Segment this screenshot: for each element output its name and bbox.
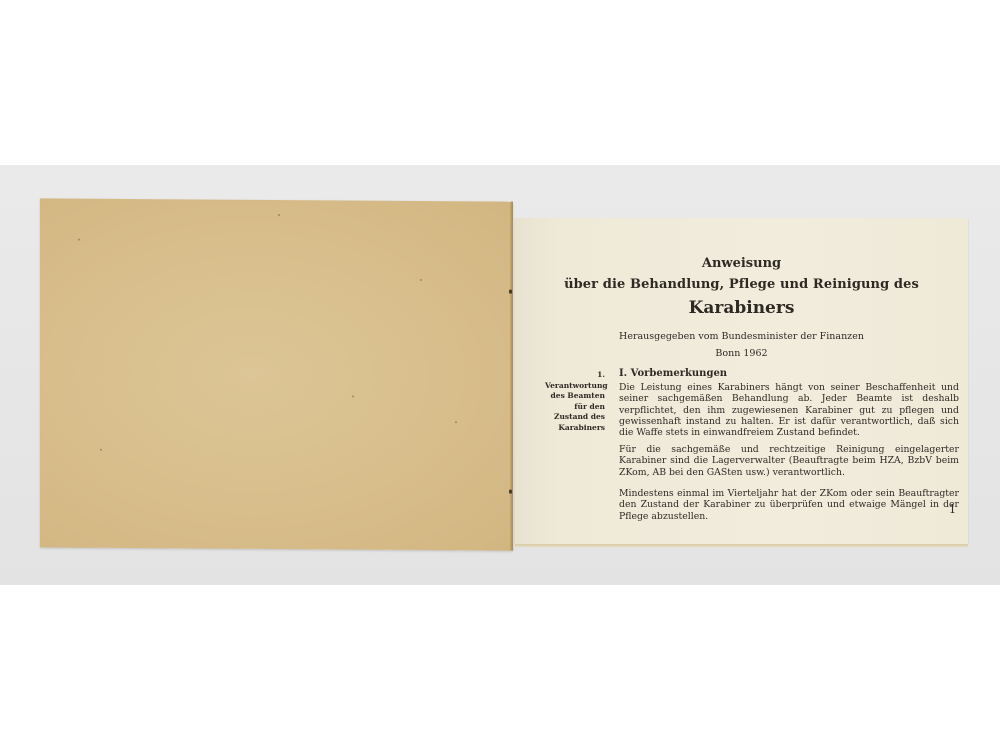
place-year: Bonn 1962 — [515, 348, 968, 359]
paper-speck — [78, 239, 80, 241]
paragraph: Die Leistung eines Karabiners hängt von … — [619, 382, 959, 438]
paper-speck — [100, 449, 102, 451]
page-number: 1 — [949, 503, 956, 516]
document-title-line1: Anweisung — [515, 256, 968, 271]
publisher-line: Herausgegeben vom Bundesminister der Fin… — [515, 331, 968, 342]
paper-speck — [455, 421, 457, 423]
paragraph: Mindestens einmal im Vierteljahr hat der… — [619, 488, 959, 522]
paper-speck — [420, 279, 422, 281]
right-page: Anweisung über die Behandlung, Pflege un… — [515, 218, 968, 544]
section-heading: I. Vorbemerkungen — [619, 368, 727, 379]
margin-note: 1. Verantwortung des Beamten für den Zus… — [545, 370, 605, 433]
page-edge — [515, 544, 968, 547]
staple — [509, 490, 512, 494]
spine — [510, 202, 513, 551]
left-page-blank — [40, 198, 513, 550]
paper-speck — [352, 396, 354, 398]
document-title-main: Karabiners — [515, 298, 968, 318]
paragraph: Für die sachgemäße und rechtzeitige Rein… — [619, 444, 959, 478]
paper-speck — [278, 214, 280, 216]
document-title-line2: über die Behandlung, Pflege und Reinigun… — [515, 277, 968, 292]
staple — [509, 290, 512, 294]
